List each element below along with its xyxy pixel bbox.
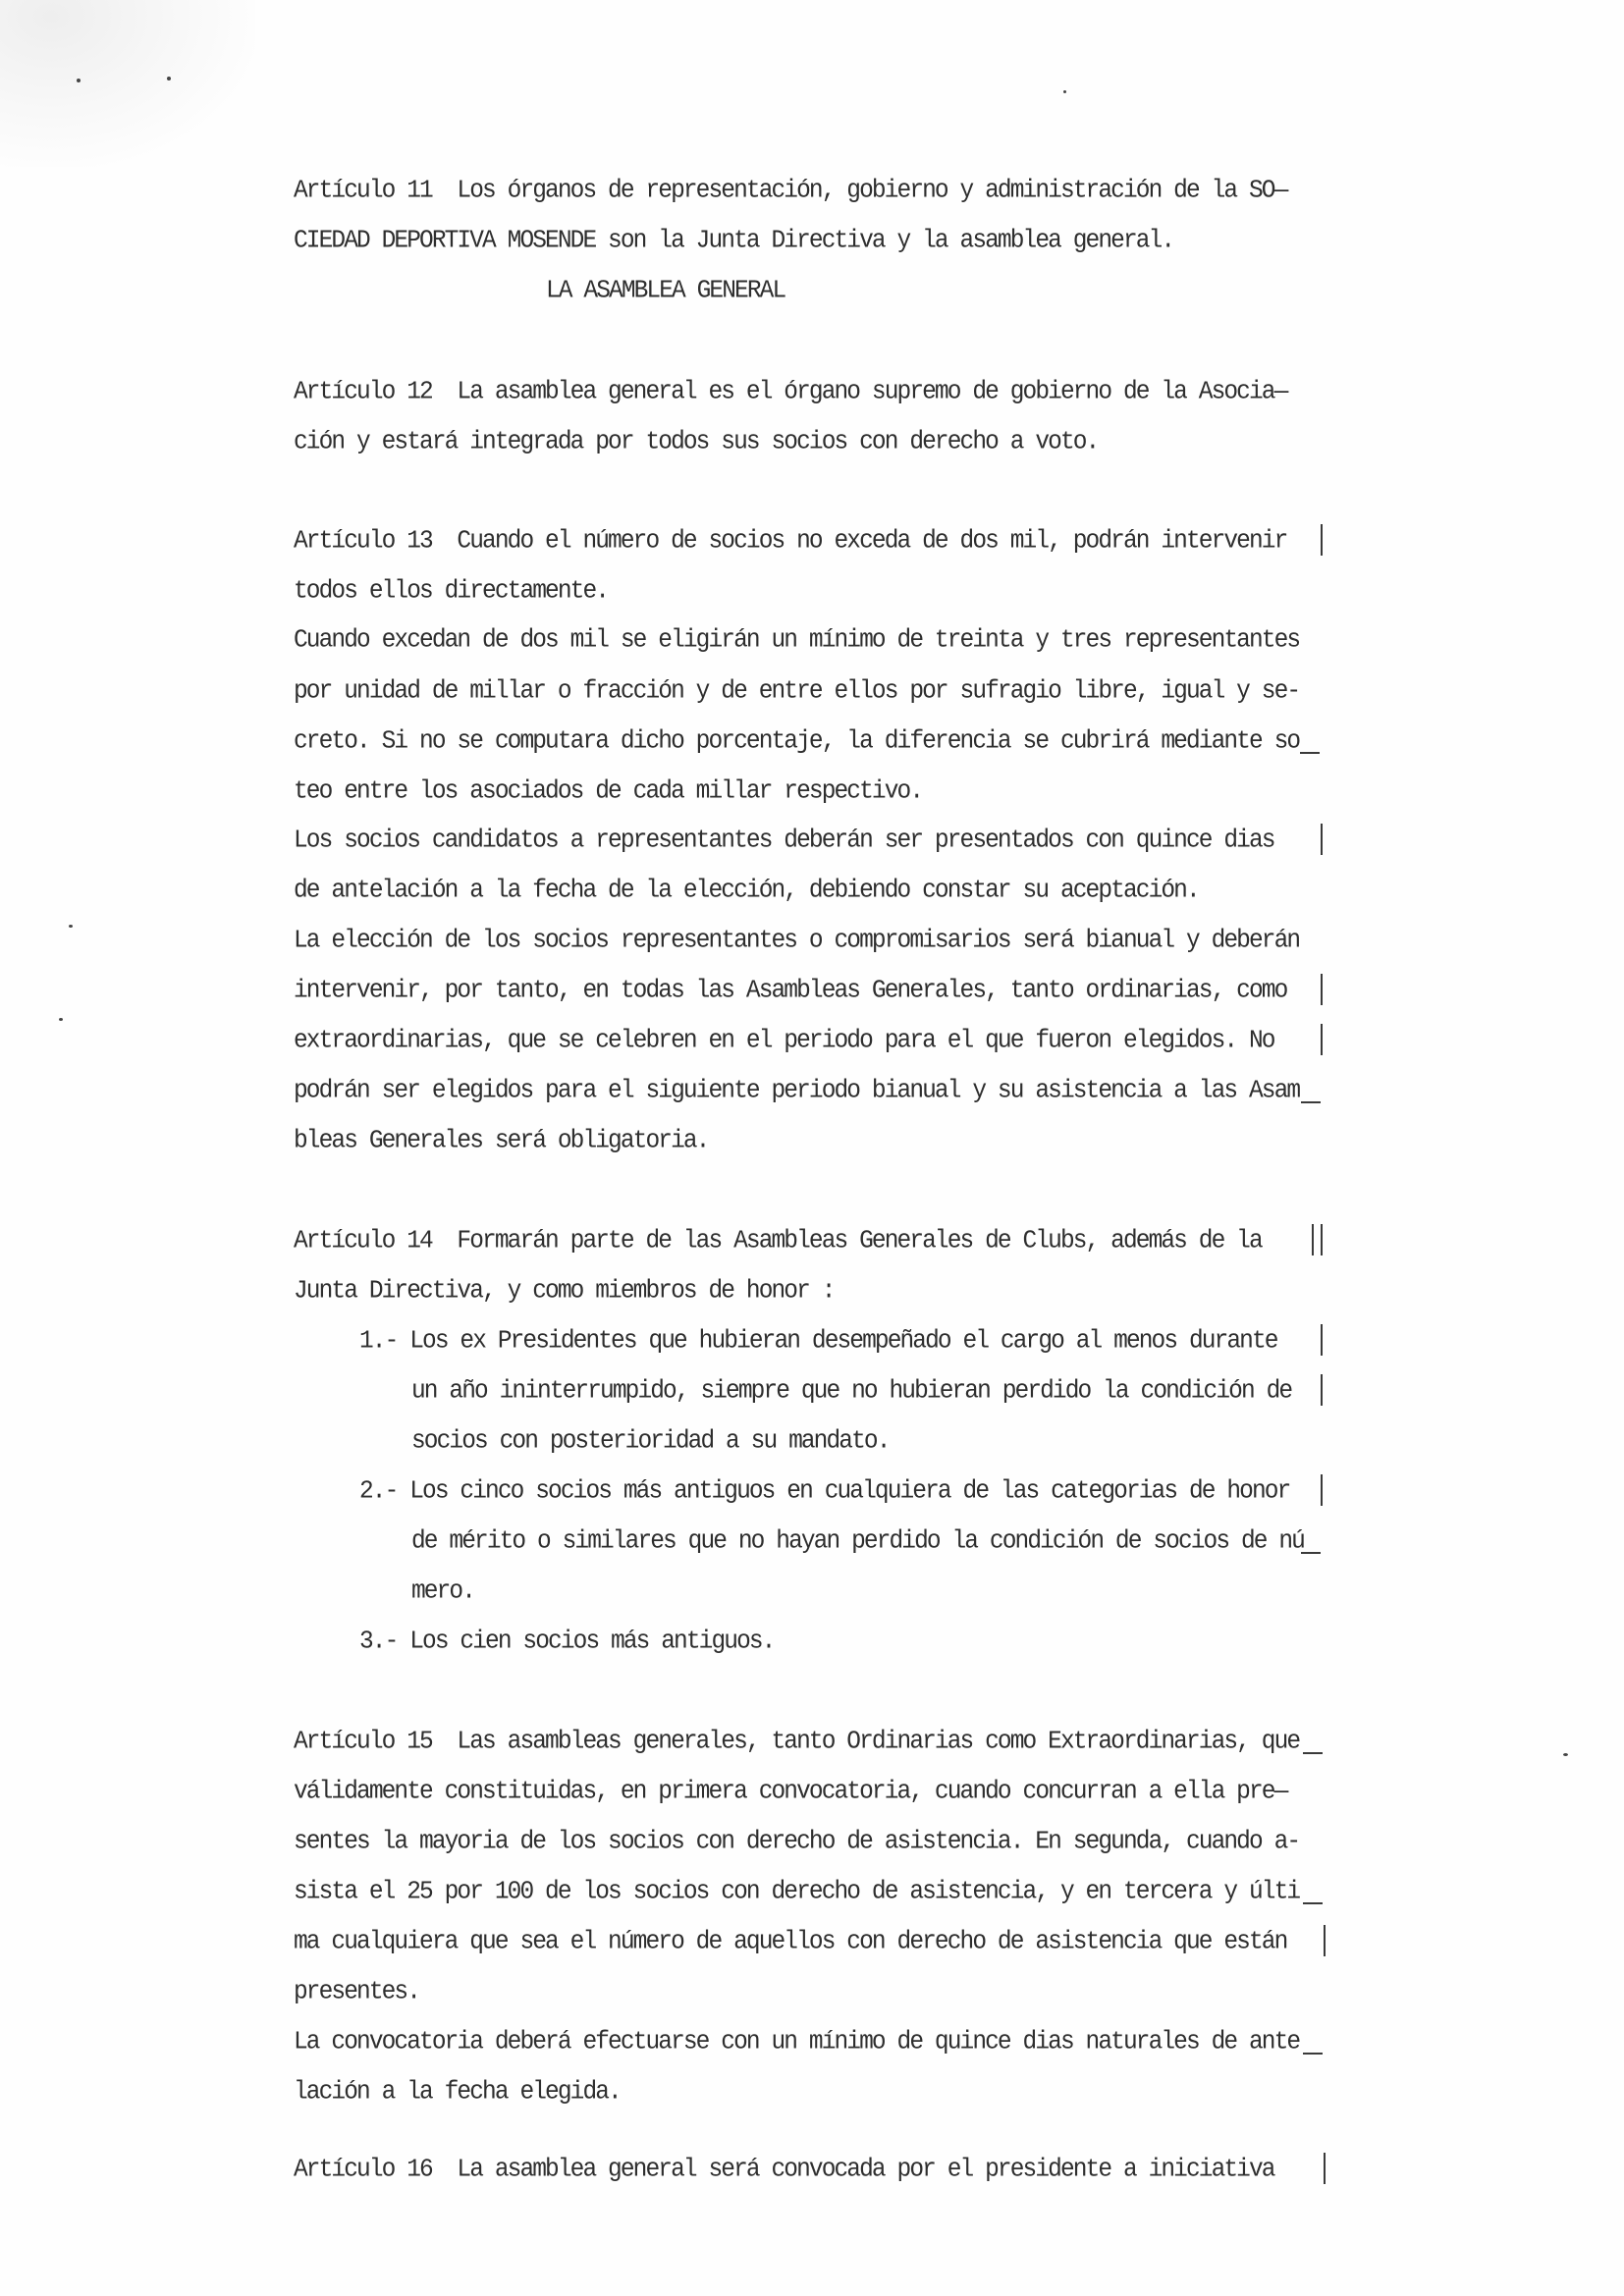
margin-bar — [1324, 1925, 1326, 1956]
article-11-line-2: CIEDAD DEPORTIVA MOSENDE son la Junta Di… — [294, 226, 1173, 257]
article-15-line-1: Artículo 15 Las asambleas generales, tan… — [294, 1727, 1299, 1758]
article-13-line-2: todos ellos directamente. — [294, 576, 608, 608]
list-item-2-cont: mero. — [411, 1576, 474, 1608]
hyphen-underline — [1303, 1752, 1323, 1754]
scan-speck — [1063, 90, 1066, 93]
article-14-line-1: Artículo 14 Formarán parte de las Asambl… — [294, 1226, 1262, 1257]
margin-bar — [1312, 1224, 1314, 1255]
scan-speck — [1563, 1753, 1568, 1756]
article-13-line-10: intervenir, por tanto, en todas las Asam… — [294, 976, 1286, 1007]
article-13-line-1: Artículo 13 Cuando el número de socios n… — [294, 526, 1286, 558]
article-13-line-3: Cuando excedan de dos mil se eligirán un… — [294, 625, 1299, 657]
scan-shading — [0, 0, 255, 167]
article-16-line-1: Artículo 16 La asamblea general será con… — [294, 2155, 1274, 2186]
article-13-line-11: extraordinarias, que se celebren en el p… — [294, 1026, 1274, 1057]
article-11-line-1: Artículo 11 Los órganos de representació… — [294, 176, 1286, 207]
margin-bar — [1321, 1024, 1323, 1055]
article-15-line-2: válidamente constituidas, en primera con… — [294, 1777, 1286, 1808]
article-13-line-5: creto. Si no se computara dicho porcenta… — [294, 726, 1299, 758]
hyphen-underline — [1301, 1552, 1321, 1554]
article-13-line-7: Los socios candidatos a representantes d… — [294, 826, 1274, 857]
margin-bar — [1321, 824, 1323, 855]
margin-bar — [1321, 974, 1323, 1005]
hyphen-underline — [1300, 752, 1320, 754]
article-13-line-13: bleas Generales será obligatoria. — [294, 1126, 708, 1157]
article-15-line-8: lación a la fecha elegida. — [294, 2077, 621, 2109]
article-13-line-9: La elección de los socios representantes… — [294, 926, 1299, 957]
margin-bar — [1321, 1324, 1323, 1356]
scan-speck — [59, 1018, 63, 1021]
hyphen-underline — [1303, 2053, 1323, 2055]
article-14-line-2: Junta Directiva, y como miembros de hono… — [294, 1276, 835, 1308]
article-15-line-7: La convocatoria deberá efectuarse con un… — [294, 2027, 1299, 2058]
list-item-1-cont: socios con posterioridad a su mandato. — [411, 1426, 890, 1458]
margin-bar — [1321, 1474, 1323, 1506]
list-item-3: 3.- Los cien socios más antiguos. — [359, 1627, 774, 1658]
article-12-line-2: ción y estará integrada por todos sus so… — [294, 427, 1098, 458]
article-13-line-12: podrán ser elegidos para el siguiente pe… — [294, 1076, 1299, 1107]
article-15-line-5: ma cualquiera que sea el número de aquel… — [294, 1927, 1286, 1958]
article-13-line-4: por unidad de millar o fracción y de ent… — [294, 676, 1299, 708]
list-item-1: 1.- Los ex Presidentes que hubieran dese… — [359, 1326, 1277, 1358]
margin-bar — [1321, 524, 1323, 556]
article-15-line-4: sista el 25 por 100 de los socios con de… — [294, 1877, 1299, 1908]
hyphen-underline — [1303, 1902, 1323, 1904]
article-12-line-1: Artículo 12 La asamblea general es el ór… — [294, 377, 1286, 408]
margin-bar — [1321, 1224, 1323, 1255]
margin-bar — [1324, 2153, 1326, 2184]
article-15-line-6: presentes. — [294, 1977, 419, 2008]
list-item-1-cont: un año ininterrumpido, siempre que no hu… — [411, 1376, 1291, 1408]
list-item-2: 2.- Los cinco socios más antiguos en cua… — [359, 1476, 1289, 1508]
list-item-2-cont: de mérito o similares que no hayan perdi… — [411, 1526, 1304, 1558]
scan-speck — [167, 77, 171, 80]
section-heading: LA ASAMBLEA GENERAL — [546, 276, 785, 307]
scan-speck — [77, 79, 81, 82]
article-13-line-8: de antelación a la fecha de la elección,… — [294, 876, 1199, 907]
article-13-line-6: teo entre los asociados de cada millar r… — [294, 776, 922, 808]
scan-speck — [69, 925, 73, 928]
hyphen-underline — [1301, 1101, 1321, 1103]
article-15-line-3: sentes la mayoria de los socios con dere… — [294, 1827, 1299, 1858]
margin-bar — [1321, 1374, 1323, 1406]
